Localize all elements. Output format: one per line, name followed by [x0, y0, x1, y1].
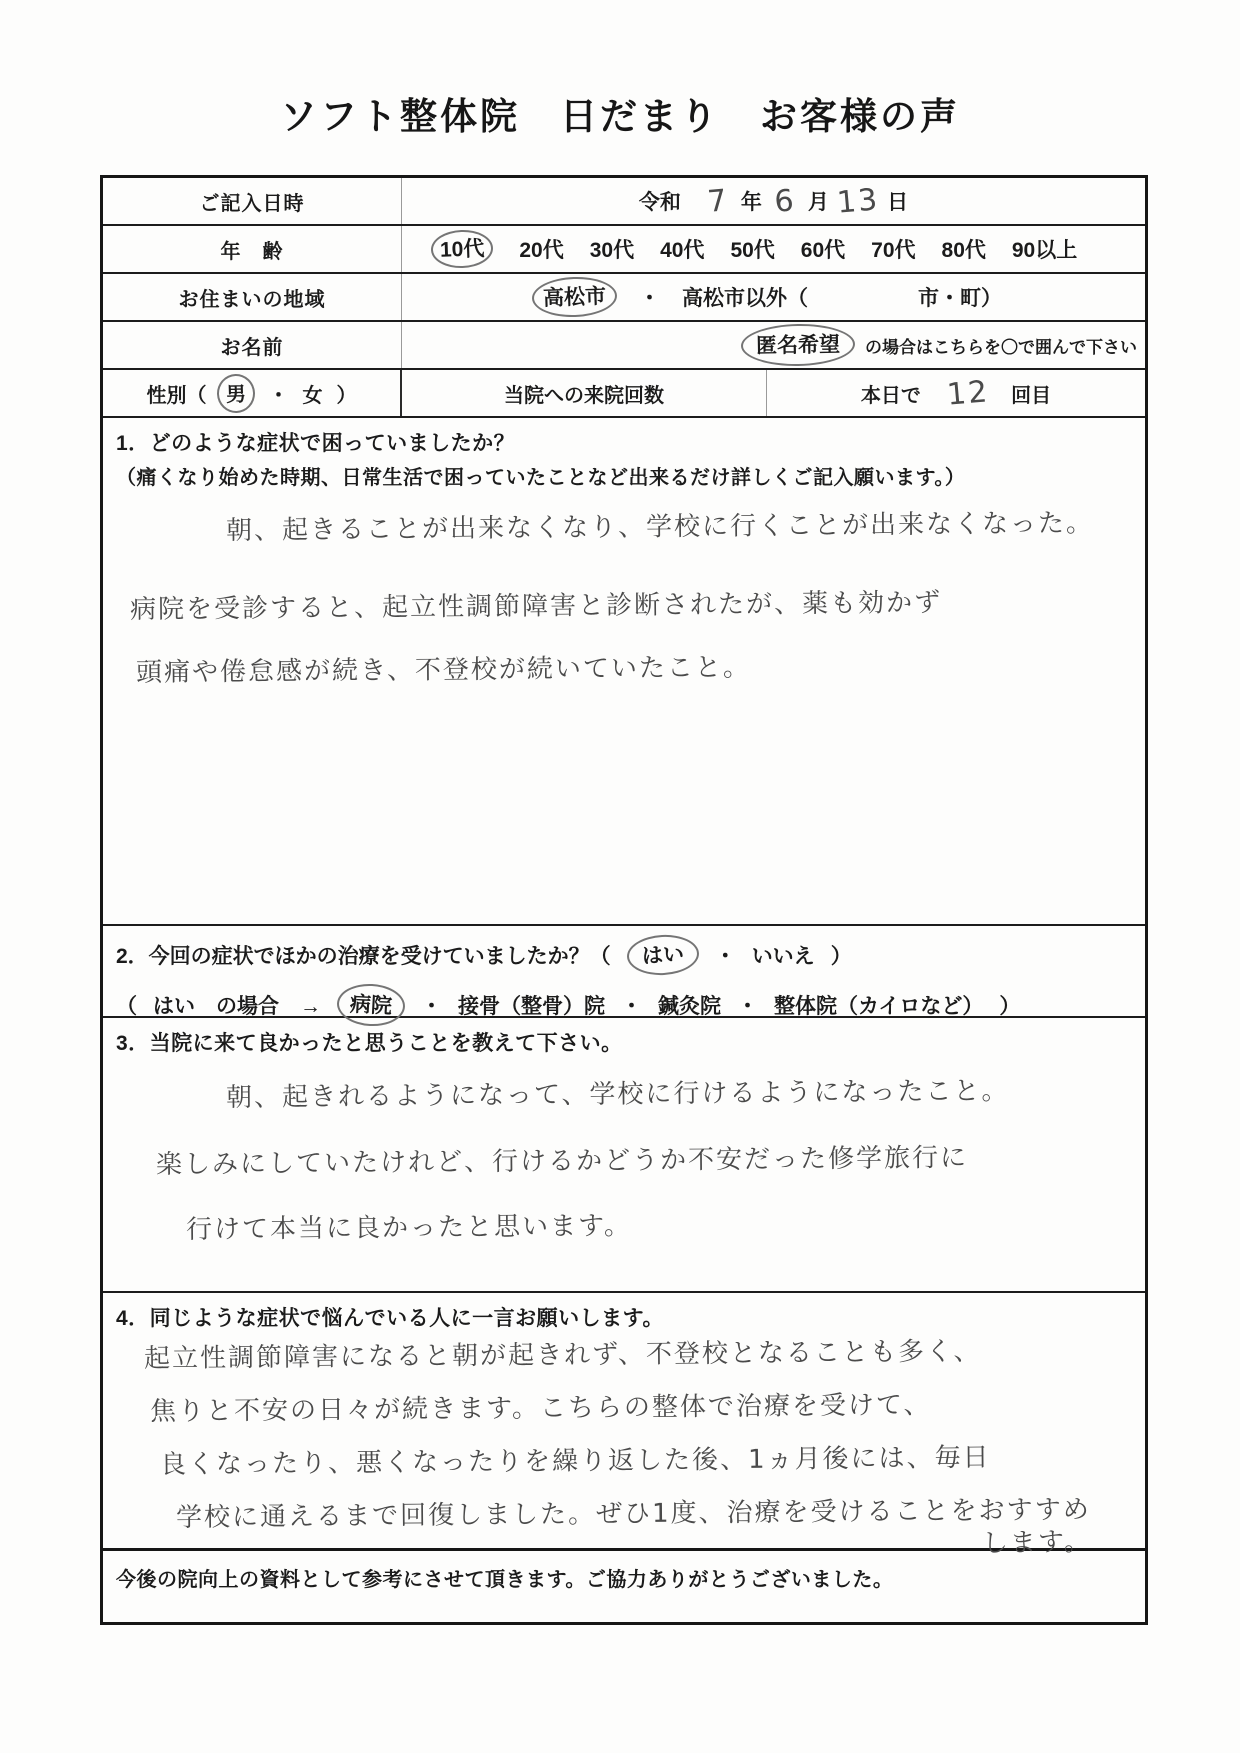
handwritten-answer-line: 朝、起きることが出来なくなり、学校に行くことが出来なくなった。 — [226, 502, 1132, 547]
area-separator: ・ — [639, 282, 660, 312]
question-1-heading: 1．どのような症状で困っていましたか？ — [116, 427, 1132, 457]
question-1-subheading: （痛くなり始めた時期、日常生活で困っていたことなど出来るだけ詳しくご記入願います… — [116, 461, 1132, 490]
gender-cell: 性別（ 男 ・ 女 ） — [103, 370, 402, 416]
row-name: お名前 匿名希望 の場合はこちらを〇で囲んで下さい — [103, 322, 1145, 370]
question-1-section: 1．どのような症状で困っていましたか？ （痛くなり始めた時期、日常生活で困ってい… — [103, 418, 1145, 926]
entry-date-label: ご記入日時 — [103, 178, 402, 224]
gender-separator: ・ — [269, 379, 289, 408]
handwritten-year: 7 — [701, 182, 734, 219]
handwritten-answer-line: 朝、起きれるようになって、学校に行けるようになったこと。 — [226, 1069, 1132, 1114]
age-option-50s: 50代 — [730, 234, 774, 264]
row-area: お住まいの地域 高松市 ・ 高松市以外（ 市・町） — [103, 274, 1145, 322]
handwritten-answer-line: 楽しみにしていたけれど、行けるかどうか不安だった修学旅行に — [156, 1135, 1132, 1181]
age-option-70s: 70代 — [871, 234, 915, 264]
feedback-form: ご記入日時 令和 7 年 6 月 13 日 年 齢 10代 20代 30代 40… — [100, 175, 1148, 1625]
year-unit: 年 — [741, 186, 762, 216]
age-options: 10代 20代 30代 40代 50代 60代 70代 80代 90以上 — [402, 226, 1145, 272]
area-options: 高松市 ・ 高松市以外（ 市・町） — [402, 274, 1145, 320]
row-entry-date: ご記入日時 令和 7 年 6 月 13 日 — [103, 178, 1145, 226]
gender-prefix: 性別（ — [147, 379, 207, 408]
handwritten-month: 6 — [768, 182, 801, 219]
gender-option-male-circled: 男 — [216, 373, 255, 413]
question-2-treatment-line: （ はい の場合 → 病院 ・ 接骨（整骨）院 ・ 鍼灸院 ・ 整体院（カイロな… — [116, 984, 1132, 1026]
age-option-60s: 60代 — [801, 234, 845, 264]
q2-separator: ・ — [737, 990, 758, 1020]
question-2-heading: 2．今回の症状でほかの治療を受けていましたか？（ — [116, 940, 611, 970]
day-unit: 日 — [887, 186, 908, 216]
age-option-20s: 20代 — [519, 234, 563, 264]
page-title: ソフト整体院 日だまり お客様の声 — [0, 86, 1240, 140]
visit-count-value-cell: 本日で 12 回目 — [767, 370, 1145, 416]
visit-count-prefix: 本日で — [861, 379, 921, 408]
name-label: お名前 — [103, 322, 402, 368]
area-option-other-end: 市・町） — [918, 282, 1002, 312]
q2-close-paren: ） — [999, 990, 1020, 1020]
handwritten-answer-line: 起立性調節障害になると朝が起きれず、不登校となることも多く、 — [144, 1329, 1132, 1375]
question-3-section: 3．当院に来て良かったと思うことを教えて下さい。 朝、起きれるようになって、学校… — [103, 1018, 1145, 1293]
visit-count-label-cell: 当院への来院回数 — [402, 370, 767, 416]
handwritten-answer-line: 頭痛や倦怠感が続き、不登校が続いていたこと。 — [136, 643, 1132, 689]
question-2-section: 2．今回の症状でほかの治療を受けていましたか？（ はい ・ いいえ ） （ はい… — [103, 926, 1145, 1018]
question-2-heading-line: 2．今回の症状でほかの治療を受けていましたか？（ はい ・ いいえ ） — [116, 935, 1132, 975]
q2-option-yes-circled: はい — [626, 933, 700, 977]
q2-separator: ・ — [715, 940, 736, 970]
question-4-heading: 4．同じような症状で悩んでいる人に一言お願いします。 — [116, 1302, 1132, 1332]
area-option-other: 高松市以外（ — [682, 282, 808, 312]
q2-option-seitai: 整体院（カイロなど） — [774, 990, 983, 1020]
age-label: 年 齢 — [103, 226, 402, 272]
question-4-answer: 起立性調節障害になると朝が起きれず、不登校となることも多く、 焦りと不安の日々が… — [116, 1338, 1132, 1575]
q2-option-no: いいえ — [752, 940, 815, 970]
q2-separator: ・ — [421, 990, 442, 1020]
age-option-10s-circled: 10代 — [430, 229, 494, 269]
visit-count-unit: 回目 — [1011, 379, 1051, 408]
handwritten-answer-line: 良くなったり、悪くなったりを繰り返した後、1ヵ月後には、毎日 — [160, 1436, 1132, 1481]
age-option-30s: 30代 — [590, 234, 634, 264]
visit-count-label: 当院への来院回数 — [504, 379, 664, 408]
question-3-answer: 朝、起きれるようになって、学校に行けるようになったこと。 楽しみにしていたけれど… — [116, 1077, 1132, 1246]
area-label: お住まいの地域 — [103, 274, 402, 320]
scanned-feedback-form-page: ソフト整体院 日だまり お客様の声 ご記入日時 令和 7 年 6 月 13 日 … — [0, 0, 1240, 1753]
gender-option-female: 女 — [303, 379, 323, 408]
q2-close-paren: ） — [831, 940, 852, 970]
handwritten-day: 13 — [835, 182, 880, 221]
handwritten-answer-line: 病院を受診すると、起立性調節障害と診断されたが、薬も効かず — [130, 580, 1132, 626]
question-1-answer: 朝、起きることが出来なくなり、学校に行くことが出来なくなった。 病院を受診すると… — [116, 510, 1132, 689]
q2-separator: ・ — [621, 990, 642, 1020]
anonymous-option-circled: 匿名希望 — [741, 323, 856, 367]
entry-date-value: 令和 7 年 6 月 13 日 — [402, 178, 1145, 224]
age-option-90plus: 90以上 — [1012, 234, 1077, 264]
gender-suffix: ） — [337, 379, 357, 408]
age-option-80s: 80代 — [942, 234, 986, 264]
name-value: 匿名希望 の場合はこちらを〇で囲んで下さい — [402, 322, 1145, 368]
question-4-section: 4．同じような症状で悩んでいる人に一言お願いします。 起立性調節障害になると朝が… — [103, 1293, 1145, 1551]
q2-condition: はい の場合 → — [153, 990, 321, 1020]
month-unit: 月 — [808, 186, 829, 216]
q2-option-acupuncture: 鍼灸院 — [658, 990, 721, 1020]
anonymous-note: の場合はこちらを〇で囲んで下さい — [865, 333, 1137, 358]
q2-open-paren: （ — [116, 990, 137, 1020]
area-option-takamatsu-circled: 高松市 — [531, 276, 617, 319]
handwritten-visit-count: 12 — [945, 374, 990, 413]
row-age: 年 齢 10代 20代 30代 40代 50代 60代 70代 80代 90以上 — [103, 226, 1145, 274]
question-3-heading: 3．当院に来て良かったと思うことを教えて下さい。 — [116, 1027, 1132, 1057]
q2-option-bonesetting: 接骨（整骨）院 — [458, 990, 605, 1020]
handwritten-answer-line: 焦りと不安の日々が続きます。こちらの整体で治療を受けて、 — [150, 1382, 1132, 1428]
age-option-40s: 40代 — [660, 234, 704, 264]
row-gender-visits: 性別（ 男 ・ 女 ） 当院への来院回数 本日で 12 回目 — [103, 370, 1145, 418]
era-label: 令和 — [639, 186, 681, 216]
handwritten-answer-line: 行けて本当に良かったと思います。 — [186, 1201, 1132, 1246]
